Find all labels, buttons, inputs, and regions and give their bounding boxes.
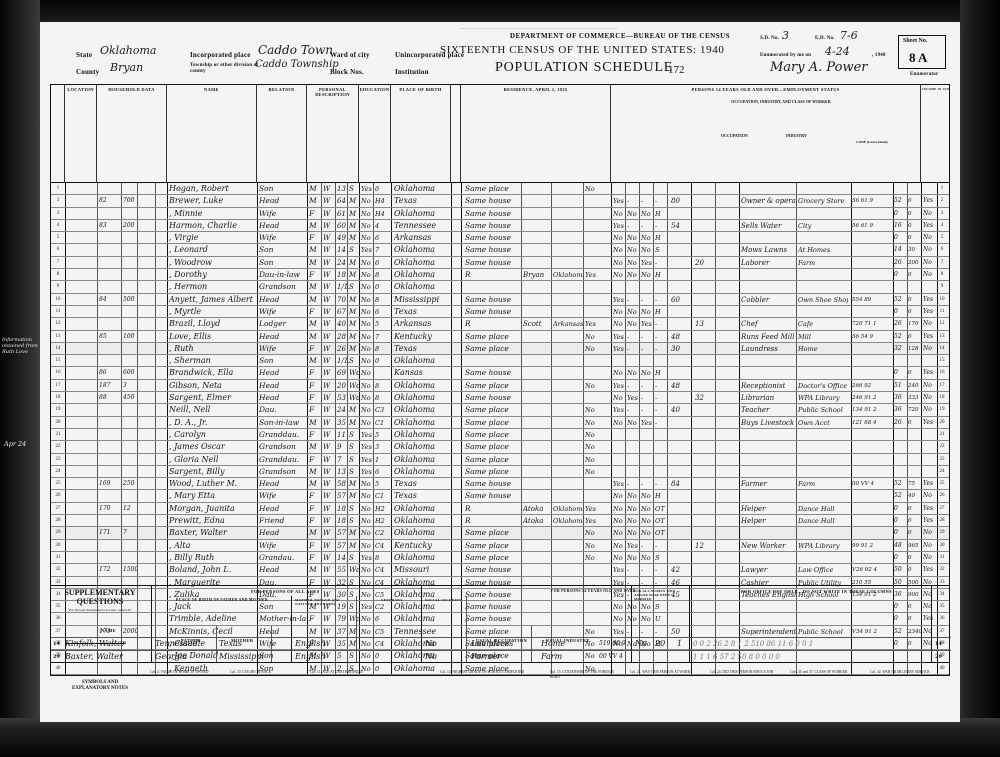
cell-hours: [671, 367, 689, 379]
cell-value: 1500: [123, 564, 137, 576]
cell-res-county: [523, 417, 551, 429]
line-number: 16: [51, 370, 65, 375]
cell-wk39: 52: [894, 490, 906, 502]
cell-farm: [585, 294, 599, 306]
cell-res-state: [553, 454, 583, 466]
cell-status: -: [655, 564, 667, 576]
cell-status: H: [655, 306, 667, 318]
cell-status: [655, 355, 667, 367]
cell-relation: Head: [259, 294, 307, 306]
cell-house: [99, 417, 121, 429]
cell-sex: F: [309, 515, 321, 527]
cell-code: [852, 454, 892, 466]
cell-grade: 8: [375, 552, 389, 564]
cell-grade: 3: [375, 441, 389, 453]
cell-weeks: 20: [695, 257, 713, 269]
cell-status: [655, 429, 667, 441]
cell-name: , James Oscar: [169, 441, 257, 453]
cell-value: [123, 343, 137, 355]
header-education: EDUCATION: [359, 85, 391, 183]
page-stamp: 172: [668, 64, 685, 76]
cell-sex: F: [309, 429, 321, 441]
cell-house: [99, 429, 121, 441]
cell-name: , Mary Etta: [169, 490, 257, 502]
note-col24: Col. 24. DID THIS PERSON HAVE A JOB: [710, 670, 780, 675]
cell-relation: Head: [259, 527, 307, 539]
cell-value: [123, 269, 137, 281]
cell-wages: 333: [908, 392, 921, 404]
cell-marital: M: [349, 404, 359, 416]
supp-parents-header: PLACE OF BIRTH OF FATHER AND MOTHER: [176, 598, 268, 602]
cell-status: OT: [655, 515, 667, 527]
cell-farm: No: [585, 552, 599, 564]
table-row: 12Brazil, LloydLodgerMW40MNo5ArkansasRSc…: [51, 318, 949, 330]
census-title: SIXTEENTH CENSUS OF THE UNITED STATES: 1…: [440, 44, 724, 56]
cell-value: 450: [123, 392, 137, 404]
cell-weeks: [695, 404, 713, 416]
cell-res-state: [553, 343, 583, 355]
line-number: 20: [51, 420, 65, 425]
cell-race: W: [323, 540, 335, 552]
schedule-title: POPULATION SCHEDULE: [495, 60, 673, 76]
cell-res-state: Oklahoma: [553, 515, 583, 527]
cell-status: -: [655, 478, 667, 490]
cell-house: 187: [99, 380, 121, 392]
cell-value: [123, 355, 137, 367]
cell-marital: S: [349, 552, 359, 564]
cell-name: Sargent, Elmer: [169, 392, 257, 404]
line-number-right: 17: [935, 383, 949, 388]
cell-pubwork: Yes: [641, 318, 653, 330]
line-number-right: 8: [935, 272, 949, 277]
cell-age: 49: [337, 232, 349, 244]
cell-res: Same place: [465, 552, 521, 564]
cell-res-county: [523, 195, 551, 207]
cell-hours: [671, 441, 689, 453]
cell-work: Yes: [613, 294, 625, 306]
cell-industry: [798, 208, 848, 220]
table-row: 19Neill, NellDau.FW24MNoC3OklahomaSame p…: [51, 404, 949, 416]
cell-pubwork: [641, 466, 653, 478]
cell-seek: [627, 454, 639, 466]
cell-school: Yes: [361, 441, 373, 453]
cell-code: 99 91 2: [852, 540, 892, 552]
cell-wk39: 0: [894, 208, 906, 220]
cell-farm: No: [585, 404, 599, 416]
cell-grade: 5: [375, 429, 389, 441]
cell-wk39: 52: [894, 195, 906, 207]
cell-seek: [627, 441, 639, 453]
cell-hours: [671, 269, 689, 281]
cell-wages: 170: [908, 318, 921, 330]
cell-relation: Head: [259, 380, 307, 392]
cell-industry: [798, 552, 848, 564]
cell-occupation: Owner & operator: [741, 195, 796, 207]
sd-label: S.D. No.: [760, 36, 779, 41]
cell-pubwork: No: [641, 552, 653, 564]
cell-status: -: [655, 195, 667, 207]
cell-res-county: [523, 306, 551, 318]
township-label: Township or other division of county: [190, 63, 265, 75]
supp-tongue-header: MOTHER TONGUE (OR NATIVE LANGUAGE): [295, 598, 350, 606]
cell-status: -: [655, 380, 667, 392]
cell-code: [852, 515, 892, 527]
cell-res-county: Scott: [523, 318, 551, 330]
cell-school: Yes: [361, 429, 373, 441]
cell-wk39: 0: [894, 269, 906, 281]
cell-res-county: [523, 540, 551, 552]
cell-farm: No: [585, 466, 599, 478]
cell-occupation: [741, 552, 796, 564]
cell-farm: [585, 306, 599, 318]
cell-res-state: [553, 355, 583, 367]
cell-age: 18: [337, 269, 349, 281]
cell-seek: No: [627, 318, 639, 330]
cell-school: No: [361, 220, 373, 232]
cell-name: Baxter, Walter: [169, 527, 257, 539]
cell-status: -: [655, 331, 667, 343]
cell-age: 57: [337, 527, 349, 539]
cell-seek: No: [627, 367, 639, 379]
cell-sex: M: [309, 281, 321, 293]
header-residence: RESIDENCE, APRIL 1, 1935: [461, 85, 611, 183]
cell-seek: No: [627, 208, 639, 220]
cell-industry: Own Shoe Shop: [798, 294, 848, 306]
cell-sex: F: [309, 392, 321, 404]
cell-marital: M: [349, 417, 359, 429]
cell-wages: 30: [908, 244, 921, 256]
cell-industry: [798, 281, 848, 293]
cell-school: No: [361, 208, 373, 220]
cell-marital: S: [349, 441, 359, 453]
cell-school: No: [361, 392, 373, 404]
cell-res: Same house: [465, 232, 521, 244]
cell-school: Yes: [361, 454, 373, 466]
cell-res-state: Oklahoma: [553, 503, 583, 515]
cell-occupation: [741, 466, 796, 478]
cell-house: [99, 318, 121, 330]
cell-work: No: [613, 552, 625, 564]
cell-status: [655, 183, 667, 195]
cell-res-county: Bryan: [523, 269, 551, 281]
cell-age: 24: [337, 404, 349, 416]
supp-name: Kinfolk, Walter: [65, 638, 150, 650]
ward-label: Ward of city: [330, 51, 370, 59]
cell-weeks: 32: [695, 392, 713, 404]
note-col14: Col. 14. HIGHEST GRADE OF SCHOOL COMPLET…: [440, 670, 530, 675]
cell-sex: M: [309, 294, 321, 306]
cell-weeks: [695, 454, 713, 466]
cell-wk39: [894, 454, 906, 466]
cell-birthplace: Oklahoma: [394, 183, 450, 195]
cell-wages: 0: [908, 564, 921, 576]
cell-res-county: [523, 355, 551, 367]
cell-seek: No: [627, 503, 639, 515]
cell-race: W: [323, 441, 335, 453]
cell-age: 35: [337, 417, 349, 429]
cell-res-state: [553, 466, 583, 478]
cell-hours: [671, 306, 689, 318]
cell-status: H: [655, 490, 667, 502]
cell-res-county: Atoka: [523, 503, 551, 515]
cell-pubwork: [641, 429, 653, 441]
cell-status: -: [655, 220, 667, 232]
cell-wk39: [894, 466, 906, 478]
cell-res: Same house: [465, 257, 521, 269]
line-number: 4: [51, 223, 65, 228]
cell-work: [613, 454, 625, 466]
cell-weeks: [695, 429, 713, 441]
cell-wages: 0: [908, 527, 921, 539]
line-number: 12: [51, 321, 65, 326]
cell-hours: [671, 244, 689, 256]
cell-pubwork: [641, 454, 653, 466]
cell-occupation: [741, 183, 796, 195]
table-row: 26, Mary EttaWifeFW57MNoC1TexasSame hous…: [51, 490, 949, 502]
cell-occupation: Runs Feed Mill: [741, 331, 796, 343]
cell-res-county: [523, 564, 551, 576]
cell-res-county: Atoka: [523, 515, 551, 527]
cell-wages: [908, 466, 921, 478]
cell-name: Hogan, Robert: [169, 183, 257, 195]
cell-res-county: [523, 552, 551, 564]
cell-res-state: [553, 244, 583, 256]
cell-farm: [585, 564, 599, 576]
cell-house: 83: [99, 220, 121, 232]
table-row: 5, VirgieWifeFW49MNo6ArkansasSame houseN…: [51, 232, 949, 244]
cell-res-state: [553, 367, 583, 379]
cell-value: [123, 552, 137, 564]
cell-hours: [671, 515, 689, 527]
cell-marital: S: [349, 244, 359, 256]
cell-status: -: [655, 392, 667, 404]
cell-res-county: [523, 478, 551, 490]
cell-value: [123, 441, 137, 453]
cell-wages: 0: [908, 306, 921, 318]
sheet-number-box: Sheet No. 8 A: [898, 35, 946, 69]
cell-age: 13: [337, 183, 349, 195]
line-number: 8: [51, 272, 65, 277]
cell-relation: Wife: [259, 306, 307, 318]
cell-seek: No: [627, 552, 639, 564]
cell-relation: Son: [259, 244, 307, 256]
cell-wages: 128: [908, 343, 921, 355]
cell-marital: S: [349, 355, 359, 367]
cell-status: [655, 281, 667, 293]
cell-name: Brewer, Luke: [169, 195, 257, 207]
cell-hours: [671, 429, 689, 441]
cell-code: [852, 367, 892, 379]
cell-school: No: [361, 306, 373, 318]
cell-relation: Head: [259, 220, 307, 232]
cell-grade: 5: [375, 478, 389, 490]
cell-work: [613, 355, 625, 367]
cell-work: Yes: [613, 331, 625, 343]
cell-wages: 720: [908, 404, 921, 416]
cell-marital: M: [349, 343, 359, 355]
cell-pubwork: No: [641, 232, 653, 244]
cell-farm: [585, 244, 599, 256]
cell-house: 171: [99, 527, 121, 539]
line-number-right: 26: [935, 493, 949, 498]
cell-race: W: [323, 183, 335, 195]
cell-code: V26 92 4: [852, 564, 892, 576]
cell-value: 200: [123, 220, 137, 232]
cell-hours: [671, 490, 689, 502]
table-row: 1888450Sargent, ElmerHeadFW53WdNo8Oklaho…: [51, 392, 949, 404]
cell-res: Same house: [465, 564, 521, 576]
cell-seek: [627, 183, 639, 195]
cell-birthplace: Oklahoma: [394, 441, 450, 453]
cell-farm: No: [585, 527, 599, 539]
cell-pubwork: -: [641, 392, 653, 404]
cell-seek: No: [627, 269, 639, 281]
cell-hours: 60: [671, 294, 689, 306]
cell-res-county: [523, 429, 551, 441]
line-number: 33: [51, 580, 65, 585]
cell-work: Yes: [613, 380, 625, 392]
cell-wk39: 50: [894, 564, 906, 576]
table-row: 2717012Morgan, JuanitaHeadFW18SNoH2Oklah…: [51, 503, 949, 515]
cell-sex: F: [309, 380, 321, 392]
cell-age: 1/12: [337, 281, 349, 293]
cell-sex: M: [309, 564, 321, 576]
cell-pubwork: No: [641, 367, 653, 379]
cell-industry: [798, 232, 848, 244]
cell-occupation: Librarian: [741, 392, 796, 404]
cell-wk39: 52: [894, 331, 906, 343]
cell-name: Harmon, Charlie: [169, 220, 257, 232]
cell-pubwork: -: [641, 195, 653, 207]
cell-occupation: [741, 367, 796, 379]
cell-res-state: [553, 404, 583, 416]
cell-school: Yes: [361, 552, 373, 564]
cell-wages: 0: [908, 331, 921, 343]
cell-race: W: [323, 367, 335, 379]
cell-race: W: [323, 552, 335, 564]
cell-age: 55: [337, 564, 349, 576]
cell-marital: Wd: [349, 392, 359, 404]
cell-weeks: [695, 552, 713, 564]
cell-industry: [798, 355, 848, 367]
line-number-right: 19: [935, 407, 949, 412]
cell-race: W: [323, 417, 335, 429]
cell-farm: No: [585, 454, 599, 466]
cell-house: 170: [99, 503, 121, 515]
cell-marital: M: [349, 527, 359, 539]
cell-res: Same place: [465, 527, 521, 539]
cell-farm: [585, 232, 599, 244]
cell-house: [99, 441, 121, 453]
cell-res-state: [553, 232, 583, 244]
cell-name: Wood, Luther M.: [169, 478, 257, 490]
line-number: 25: [51, 481, 65, 486]
line-number: 6: [51, 247, 65, 252]
cell-weeks: [695, 244, 713, 256]
supp-14plus-header: FOR PERSONS 14 YEARS OLD AND OVER: [551, 589, 636, 593]
cell-relation: Head: [259, 478, 307, 490]
cell-wk39: 0: [894, 232, 906, 244]
cell-farm: [585, 367, 599, 379]
cell-name: , Gloria Nell: [169, 454, 257, 466]
cell-school: No: [361, 404, 373, 416]
cell-house: 82: [99, 195, 121, 207]
cell-relation: Son: [259, 257, 307, 269]
cell-weeks: [695, 515, 713, 527]
cell-house: [99, 244, 121, 256]
cell-value: [123, 454, 137, 466]
cell-marital: M: [349, 490, 359, 502]
cell-sex: M: [309, 220, 321, 232]
cell-grade: C2: [375, 527, 389, 539]
cell-birthplace: Oklahoma: [394, 208, 450, 220]
line-number-right: 12: [935, 321, 949, 326]
cell-age: 26: [337, 343, 349, 355]
cell-seek: [627, 429, 639, 441]
line-number: 9: [51, 284, 65, 289]
incorporated-place-value: Caddo Town: [258, 43, 333, 57]
cell-res-state: [553, 429, 583, 441]
cell-grade: 0: [375, 281, 389, 293]
cell-name: , D. A., Jr.: [169, 417, 257, 429]
cell-value: 600: [123, 367, 137, 379]
cell-res-state: [553, 478, 583, 490]
cell-age: 57: [337, 540, 349, 552]
table-row: 22, James OscarGrandsonMW9SYes3OklahomaS…: [51, 441, 949, 453]
cell-occupation: [741, 355, 796, 367]
cell-birthplace: Oklahoma: [394, 380, 450, 392]
cell-wages: [908, 441, 921, 453]
cell-name: , Alta: [169, 540, 257, 552]
cell-res: Same house: [465, 367, 521, 379]
cell-name: Morgan, Juanita: [169, 503, 257, 515]
cell-pubwork: No: [641, 503, 653, 515]
header-name: NAME: [167, 85, 257, 183]
cell-grade: C1: [375, 417, 389, 429]
cell-weeks: [695, 195, 713, 207]
cell-school: No: [361, 490, 373, 502]
cell-work: No: [613, 540, 625, 552]
cell-pubwork: No: [641, 244, 653, 256]
cell-age: 57: [337, 490, 349, 502]
cell-house: [99, 306, 121, 318]
cell-res-county: [523, 404, 551, 416]
cell-occupation: Cobbler: [741, 294, 796, 306]
line-number: 23: [51, 457, 65, 462]
cell-res: Same place: [465, 417, 521, 429]
ed-value: 7-6: [840, 29, 858, 42]
cell-farm: [585, 208, 599, 220]
cell-sex: M: [309, 331, 321, 343]
cell-weeks: [695, 466, 713, 478]
cell-value: [123, 417, 137, 429]
cell-weeks: [695, 269, 713, 281]
instructions-fine-print: ————————————————————————————————————————…: [460, 26, 760, 30]
cell-school: No: [361, 269, 373, 281]
cell-work: No: [613, 232, 625, 244]
cell-name: , Myrtle: [169, 306, 257, 318]
cell-industry: Dance Hall: [798, 515, 848, 527]
cell-race: W: [323, 244, 335, 256]
cell-marital: M: [349, 318, 359, 330]
cell-name: , Hermon: [169, 281, 257, 293]
cell-race: W: [323, 355, 335, 367]
cell-res: Same house: [465, 195, 521, 207]
cell-weeks: [695, 417, 713, 429]
cell-weeks: [695, 503, 713, 515]
cell-relation: Dau-in-law: [259, 269, 307, 281]
cell-wk39: [894, 183, 906, 195]
